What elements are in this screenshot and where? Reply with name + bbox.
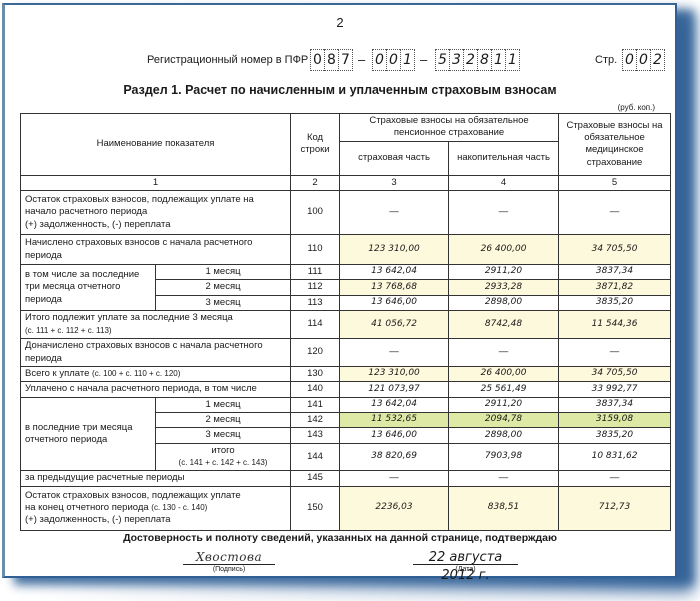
cell-value: 26 400,00 (449, 235, 559, 265)
table-row: Итого подлежит уплате за последние 3 мес… (21, 311, 671, 339)
cell-value: 13 642,04 (340, 265, 449, 280)
cell-value: 34 705,50 (559, 367, 671, 382)
cell-value: 2911,20 (449, 397, 559, 412)
cell-value: 3837,34 (559, 397, 671, 412)
signature-block: Хвостова (Подпись) (183, 548, 275, 573)
digit-box: 3 (449, 49, 463, 71)
row-code: 150 (291, 486, 340, 530)
digit-box: 2 (650, 49, 665, 71)
table-row: за предыдущие расчетные периоды 145 — — … (21, 471, 671, 486)
digit-box: 5 (435, 49, 449, 71)
cell-value: 2236,03 (340, 486, 449, 530)
cell-value: 3835,20 (559, 295, 671, 310)
cell-value: 123 310,00 (340, 235, 449, 265)
cell-value: 10 831,62 (559, 443, 671, 471)
digit-box: 7 (338, 49, 353, 71)
cell-value: 712,73 (559, 486, 671, 530)
row-label: Доначислено страховых взносов с начала р… (21, 339, 291, 367)
cell-value: — (449, 191, 559, 235)
row-label: Остаток страховых взносов, подлежащих уп… (21, 191, 291, 235)
header-name: Наименование показателя (21, 114, 291, 176)
cell-value: 13 646,00 (340, 428, 449, 443)
cell-value: — (559, 471, 671, 486)
row-code: 141 (291, 397, 340, 412)
row-code: 111 (291, 265, 340, 280)
cell-value: 25 561,49 (449, 382, 559, 397)
month-label: 2 месяц (156, 413, 291, 428)
separator: – (358, 52, 365, 67)
row-code: 140 (291, 382, 340, 397)
row-label: за предыдущие расчетные периоды (21, 471, 291, 486)
confirmation-title: Достоверность и полноту сведений, указан… (5, 532, 675, 544)
header-insurance-part: страховая часть (340, 141, 449, 175)
row-code: 142 (291, 413, 340, 428)
digit-box: 8 (324, 49, 338, 71)
table-row: в последние три месяца отчетного периода… (21, 397, 671, 412)
table-row: Остаток страховых взносов, подлежащих уп… (21, 486, 671, 530)
cell-value: 34 705,50 (559, 235, 671, 265)
digit-box: 1 (505, 49, 520, 71)
cell-value: 11 532,65 (340, 413, 449, 428)
digit-box: 0 (310, 49, 324, 71)
digit-box: 0 (636, 49, 650, 71)
contributions-table: Наименование показателя Код строки Страх… (20, 113, 671, 531)
header-funded-part: накопительная часть (449, 141, 559, 175)
page-digit-boxes: 0 0 2 (622, 49, 665, 71)
row-label: Остаток страховых взносов, подлежащих уп… (21, 486, 291, 530)
row-code: 113 (291, 295, 340, 310)
separator: – (420, 52, 427, 67)
cell-value: 41 056,72 (340, 311, 449, 339)
group-label: в последние три месяца отчетного периода (21, 397, 156, 471)
units-label: (руб. коп.) (618, 103, 655, 112)
form-page: 2 Регистрационный номер в ПФР 0 8 7 – 0 … (2, 3, 677, 578)
table-row: Остаток страховых взносов, подлежащих уп… (21, 191, 671, 235)
month-label: 1 месяц (156, 397, 291, 412)
cell-value: 3871,82 (559, 280, 671, 295)
row-code: 145 (291, 471, 340, 486)
cell-value: 838,51 (449, 486, 559, 530)
header-medical: Страховые взносы на обязательное медицин… (559, 114, 671, 176)
cell-value: 11 544,36 (559, 311, 671, 339)
cell-value: 13 768,68 (340, 280, 449, 295)
digit-box: 8 (477, 49, 491, 71)
row-label: Начислено страховых взносов с начала рас… (21, 235, 291, 265)
cell-value: 2911,20 (449, 265, 559, 280)
cell-value: — (559, 339, 671, 367)
page-number: 2 (5, 15, 675, 30)
date-line: 22 августа 2012 г. (413, 548, 518, 565)
table-row: Всего к уплате (с. 100 + с. 110 + с. 120… (21, 367, 671, 382)
signature: Хвостова (196, 550, 262, 564)
digit-box: 0 (386, 49, 400, 71)
cell-value: 121 073,97 (340, 382, 449, 397)
digit-box: 1 (491, 49, 505, 71)
cell-value: 8742,48 (449, 311, 559, 339)
cell-value: 13 642,04 (340, 397, 449, 412)
reg-part1-boxes: 0 8 7 (310, 49, 353, 71)
col-number: 1 (21, 175, 291, 190)
cell-value: — (340, 191, 449, 235)
table-row: в том числе за последние три месяца отче… (21, 265, 671, 280)
row-label: Уплачено с начала расчетного периода, в … (21, 382, 291, 397)
reg-part3-boxes: 5 3 2 8 1 1 (435, 49, 520, 71)
cell-value: 26 400,00 (449, 367, 559, 382)
col-number: 2 (291, 175, 340, 190)
col-number: 3 (340, 175, 449, 190)
row-code: 130 (291, 367, 340, 382)
digit-box: 2 (463, 49, 477, 71)
cell-value: 38 820,69 (340, 443, 449, 471)
group-label: в том числе за последние три месяца отче… (21, 265, 156, 311)
reg-part2-boxes: 0 0 1 (372, 49, 415, 71)
cell-value: 3159,08 (559, 413, 671, 428)
table-row: Уплачено с начала расчетного периода, в … (21, 382, 671, 397)
signature-line: Хвостова (183, 548, 275, 565)
cell-value: 33 992,77 (559, 382, 671, 397)
digit-box: 1 (400, 49, 415, 71)
cell-value: 3835,20 (559, 428, 671, 443)
cell-value: — (449, 339, 559, 367)
section-title: Раздел 1. Расчет по начисленным и уплаче… (5, 83, 675, 97)
row-label: Всего к уплате (с. 100 + с. 110 + с. 120… (21, 367, 291, 382)
header-code: Код строки (291, 114, 340, 176)
cell-value: 7903,98 (449, 443, 559, 471)
cell-value: 2094,78 (449, 413, 559, 428)
header-pension: Страховые взносы на обязательное пенсион… (340, 114, 559, 142)
cell-value: — (340, 339, 449, 367)
cell-value: 123 310,00 (340, 367, 449, 382)
page-label: Стр. (595, 54, 617, 66)
cell-value: 3837,34 (559, 265, 671, 280)
digit-box: 0 (372, 49, 386, 71)
table-row: Начислено страховых взносов с начала рас… (21, 235, 671, 265)
row-code: 110 (291, 235, 340, 265)
month-label: 3 месяц (156, 428, 291, 443)
cell-value: 13 646,00 (340, 295, 449, 310)
month-label: 1 месяц (156, 265, 291, 280)
cell-value: 2898,00 (449, 295, 559, 310)
cell-value: — (340, 471, 449, 486)
row-code: 112 (291, 280, 340, 295)
cell-value: — (559, 191, 671, 235)
date-block: 22 августа 2012 г. (Дата) (413, 548, 518, 573)
row-code: 120 (291, 339, 340, 367)
registration-label: Регистрационный номер в ПФР (147, 54, 308, 66)
registration-row: Регистрационный номер в ПФР 0 8 7 – 0 0 … (5, 49, 675, 73)
cell-value: — (449, 471, 559, 486)
cell-value: 2898,00 (449, 428, 559, 443)
row-code: 144 (291, 443, 340, 471)
signature-caption: (Подпись) (183, 566, 275, 573)
col-number: 5 (559, 175, 671, 190)
row-label: Итого подлежит уплате за последние 3 мес… (21, 311, 291, 339)
table-row: Доначислено страховых взносов с начала р… (21, 339, 671, 367)
row-code: 143 (291, 428, 340, 443)
total-label: итого (с. 141 + с. 142 + с. 143) (156, 443, 291, 471)
row-code: 100 (291, 191, 340, 235)
row-code: 114 (291, 311, 340, 339)
month-label: 3 месяц (156, 295, 291, 310)
digit-box: 0 (622, 49, 636, 71)
month-label: 2 месяц (156, 280, 291, 295)
col-number: 4 (449, 175, 559, 190)
cell-value: 2933,28 (449, 280, 559, 295)
